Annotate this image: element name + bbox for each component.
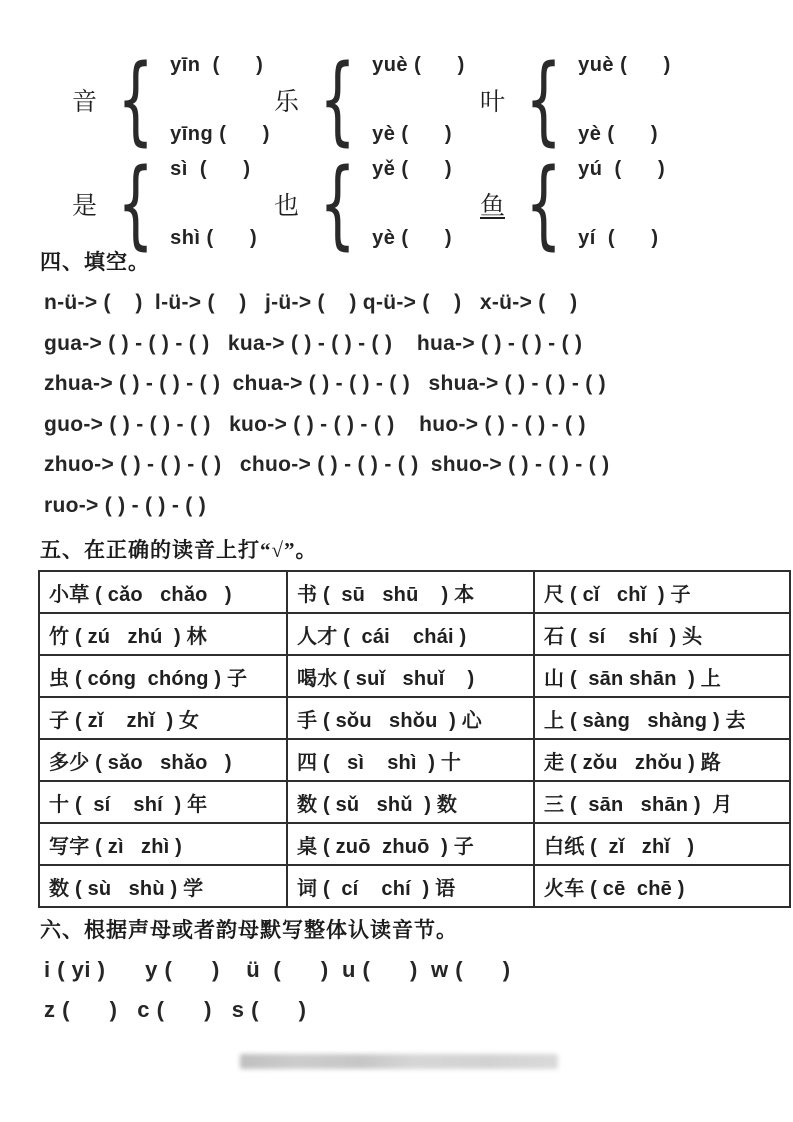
cell-text: 数 ( sǔ shǔ ) 数 [297, 794, 457, 816]
pinyin-option: yè ( ) [578, 123, 671, 146]
table-row: 小草 ( cǎo chǎo ) 书 ( sū shū ) 本 尺 ( cǐ ch… [39, 571, 790, 613]
cell-text: 书 ( sū shū ) 本 [297, 584, 474, 606]
hanzi-character: 音 [72, 82, 97, 118]
brace-icon: { [117, 156, 154, 252]
cell-text: 山 ( sān shān ) 上 [544, 668, 721, 690]
cell-text: 十 ( sí shí ) 年 [49, 794, 207, 816]
cell-text: 石 ( sí shí ) 头 [544, 626, 702, 648]
pinyin-option: yīn ( ) [170, 54, 270, 77]
pronunciation-choice-table: 小草 ( cǎo chǎo ) 书 ( sū shū ) 本 尺 ( cǐ ch… [38, 570, 791, 908]
redacted-watermark [240, 1054, 558, 1069]
pinyin-option: yuè ( ) [578, 54, 671, 77]
pronunciation-group-shi: 是 { sì ( ) shì ( ) [72, 152, 274, 256]
table-cell: 书 ( sū shū ) 本 [287, 571, 534, 613]
brace-icon: { [117, 52, 154, 148]
brace-icon: { [319, 156, 356, 252]
cell-text: 三 ( sān shān ) 月 [544, 794, 732, 816]
hanzi-character: 鱼 [480, 186, 505, 222]
cell-text: 词 ( cí chí ) 语 [297, 878, 455, 900]
table-cell: 数 ( sù shù ) 学 [39, 865, 287, 907]
pinyin-option: yè ( ) [372, 227, 452, 250]
table-row: 子 ( zǐ zhǐ ) 女 手 ( sǒu shǒu ) 心 上 ( sàng… [39, 697, 790, 739]
table-cell: 尺 ( cǐ chǐ ) 子 [534, 571, 790, 613]
cell-text: 尺 ( cǐ chǐ ) 子 [544, 584, 691, 606]
cell-text: 上 ( sàng shàng ) 去 [544, 710, 746, 732]
pinyin-option: shì ( ) [170, 227, 257, 250]
table-cell: 子 ( zǐ zhǐ ) 女 [39, 697, 287, 739]
table-cell: 桌 ( zuō zhuō ) 子 [287, 823, 534, 865]
pronunciation-group-ye: 叶 { yuè ( ) yè ( ) [480, 48, 671, 152]
hanzi-character: 乐 [274, 82, 299, 118]
fill-line: gua-> ( ) - ( ) - ( ) kua-> ( ) - ( ) - … [44, 324, 609, 365]
cell-text: 喝水 ( suǐ shuǐ ) [297, 668, 474, 690]
cell-text: 子 ( zǐ zhǐ ) 女 [49, 710, 199, 732]
table-cell: 数 ( sǔ shǔ ) 数 [287, 781, 534, 823]
pinyin-option: yú ( ) [578, 158, 665, 181]
cell-text: 虫 ( cóng chóng ) 子 [49, 668, 247, 690]
table-cell: 人才 ( cái chái ) [287, 613, 534, 655]
option-list: yě ( ) yè ( ) [372, 157, 452, 251]
option-list: yú ( ) yí ( ) [578, 157, 665, 251]
table-cell: 竹 ( zú zhú ) 林 [39, 613, 287, 655]
table-cell: 虫 ( cóng chóng ) 子 [39, 655, 287, 697]
cell-text: 小草 ( cǎo chǎo ) [49, 584, 232, 606]
fill-line: guo-> ( ) - ( ) - ( ) kuo-> ( ) - ( ) - … [44, 405, 609, 446]
pinyin-option: sì ( ) [170, 158, 257, 181]
pronunciation-group-ye2: 也 { yě ( ) yè ( ) [274, 152, 480, 256]
worksheet-page: 音 { yīn ( ) yīng ( ) 乐 { yuè ( ) yè ( ) … [0, 0, 793, 1122]
table-row: 竹 ( zú zhú ) 林 人才 ( cái chái ) 石 ( sí sh… [39, 613, 790, 655]
cell-text: 手 ( sǒu shǒu ) 心 [297, 710, 482, 732]
hanzi-character: 也 [274, 186, 299, 222]
pinyin-option: yīng ( ) [170, 123, 270, 146]
cell-text: 竹 ( zú zhú ) 林 [49, 626, 207, 648]
cell-text: 数 ( sù shù ) 学 [49, 878, 203, 900]
cell-text: 写字 ( zì zhì ) [49, 836, 182, 858]
brace-icon: { [319, 52, 356, 148]
table-cell: 写字 ( zì zhì ) [39, 823, 287, 865]
table-cell: 小草 ( cǎo chǎo ) [39, 571, 287, 613]
table-row: 多少 ( sǎo shǎo ) 四 ( sì shì ) 十 走 ( zǒu z… [39, 739, 790, 781]
table-row: 虫 ( cóng chóng ) 子 喝水 ( suǐ shuǐ ) 山 ( s… [39, 655, 790, 697]
cell-text: 桌 ( zuō zhuō ) 子 [297, 836, 474, 858]
fill-line: n-ü-> ( ) l-ü-> ( ) j-ü-> ( ) q-ü-> ( ) … [44, 283, 609, 324]
option-list: yuè ( ) yè ( ) [372, 53, 465, 147]
section5-heading: 五、在正确的读音上打“√”。 [40, 534, 318, 564]
table-row: 写字 ( zì zhì ) 桌 ( zuō zhuō ) 子 白纸 ( zǐ z… [39, 823, 790, 865]
table-cell: 山 ( sān shān ) 上 [534, 655, 790, 697]
table-cell: 手 ( sǒu shǒu ) 心 [287, 697, 534, 739]
table-cell: 三 ( sān shān ) 月 [534, 781, 790, 823]
table-cell: 白纸 ( zǐ zhǐ ) [534, 823, 790, 865]
fill-line: zhuo-> ( ) - ( ) - ( ) chuo-> ( ) - ( ) … [44, 445, 609, 486]
pronunciation-row-2: 是 { sì ( ) shì ( ) 也 { yě ( ) yè ( ) 鱼 {… [72, 152, 665, 256]
pinyin-option: yí ( ) [578, 227, 665, 250]
pronunciation-group-yin: 音 { yīn ( ) yīng ( ) [72, 48, 274, 152]
pronunciation-group-le: 乐 { yuè ( ) yè ( ) [274, 48, 480, 152]
cell-text: 人才 ( cái chái ) [297, 626, 466, 648]
cell-text: 走 ( zǒu zhǒu ) 路 [544, 752, 721, 774]
table-cell: 上 ( sàng shàng ) 去 [534, 697, 790, 739]
pinyin-option: yuè ( ) [372, 54, 465, 77]
pinyin-option: yě ( ) [372, 158, 452, 181]
fill-line: ruo-> ( ) - ( ) - ( ) [44, 486, 609, 527]
table-cell: 十 ( sí shí ) 年 [39, 781, 287, 823]
table-cell: 火车 ( cē chē ) [534, 865, 790, 907]
section4-heading: 四、填空。 [40, 246, 150, 276]
section6-heading: 六、根据声母或者韵母默写整体认读音节。 [40, 914, 458, 944]
table-cell: 石 ( sí shí ) 头 [534, 613, 790, 655]
syllable-line: z ( ) c ( ) s ( ) [44, 990, 511, 1030]
hanzi-character: 是 [72, 186, 97, 222]
option-list: yīn ( ) yīng ( ) [170, 53, 270, 147]
pinyin-option: yè ( ) [372, 123, 465, 146]
brace-icon: { [525, 52, 562, 148]
cell-text: 四 ( sì shì ) 十 [297, 752, 461, 774]
table-row: 十 ( sí shí ) 年 数 ( sǔ shǔ ) 数 三 ( sān sh… [39, 781, 790, 823]
table-cell: 词 ( cí chí ) 语 [287, 865, 534, 907]
cell-text: 火车 ( cē chē ) [544, 878, 685, 900]
table-cell: 多少 ( sǎo shǎo ) [39, 739, 287, 781]
pronunciation-row-1: 音 { yīn ( ) yīng ( ) 乐 { yuè ( ) yè ( ) … [72, 48, 671, 152]
cell-text: 白纸 ( zǐ zhǐ ) [544, 836, 694, 858]
syllable-line: i ( yi ) y ( ) ü ( ) u ( ) w ( ) [44, 950, 511, 990]
fill-line: zhua-> ( ) - ( ) - ( ) chua-> ( ) - ( ) … [44, 364, 609, 405]
option-list: sì ( ) shì ( ) [170, 157, 257, 251]
table-cell: 喝水 ( suǐ shuǐ ) [287, 655, 534, 697]
cell-text: 多少 ( sǎo shǎo ) [49, 752, 232, 774]
hanzi-character: 叶 [480, 82, 505, 118]
table-cell: 走 ( zǒu zhǒu ) 路 [534, 739, 790, 781]
table-row: 数 ( sù shù ) 学 词 ( cí chí ) 语 火车 ( cē ch… [39, 865, 790, 907]
section6-syllable-lines: i ( yi ) y ( ) ü ( ) u ( ) w ( ) z ( ) c… [44, 950, 511, 1030]
pronunciation-group-yu: 鱼 { yú ( ) yí ( ) [480, 152, 665, 256]
option-list: yuè ( ) yè ( ) [578, 53, 671, 147]
section4-fill-lines: n-ü-> ( ) l-ü-> ( ) j-ü-> ( ) q-ü-> ( ) … [44, 283, 609, 526]
table-cell: 四 ( sì shì ) 十 [287, 739, 534, 781]
brace-icon: { [525, 156, 562, 252]
